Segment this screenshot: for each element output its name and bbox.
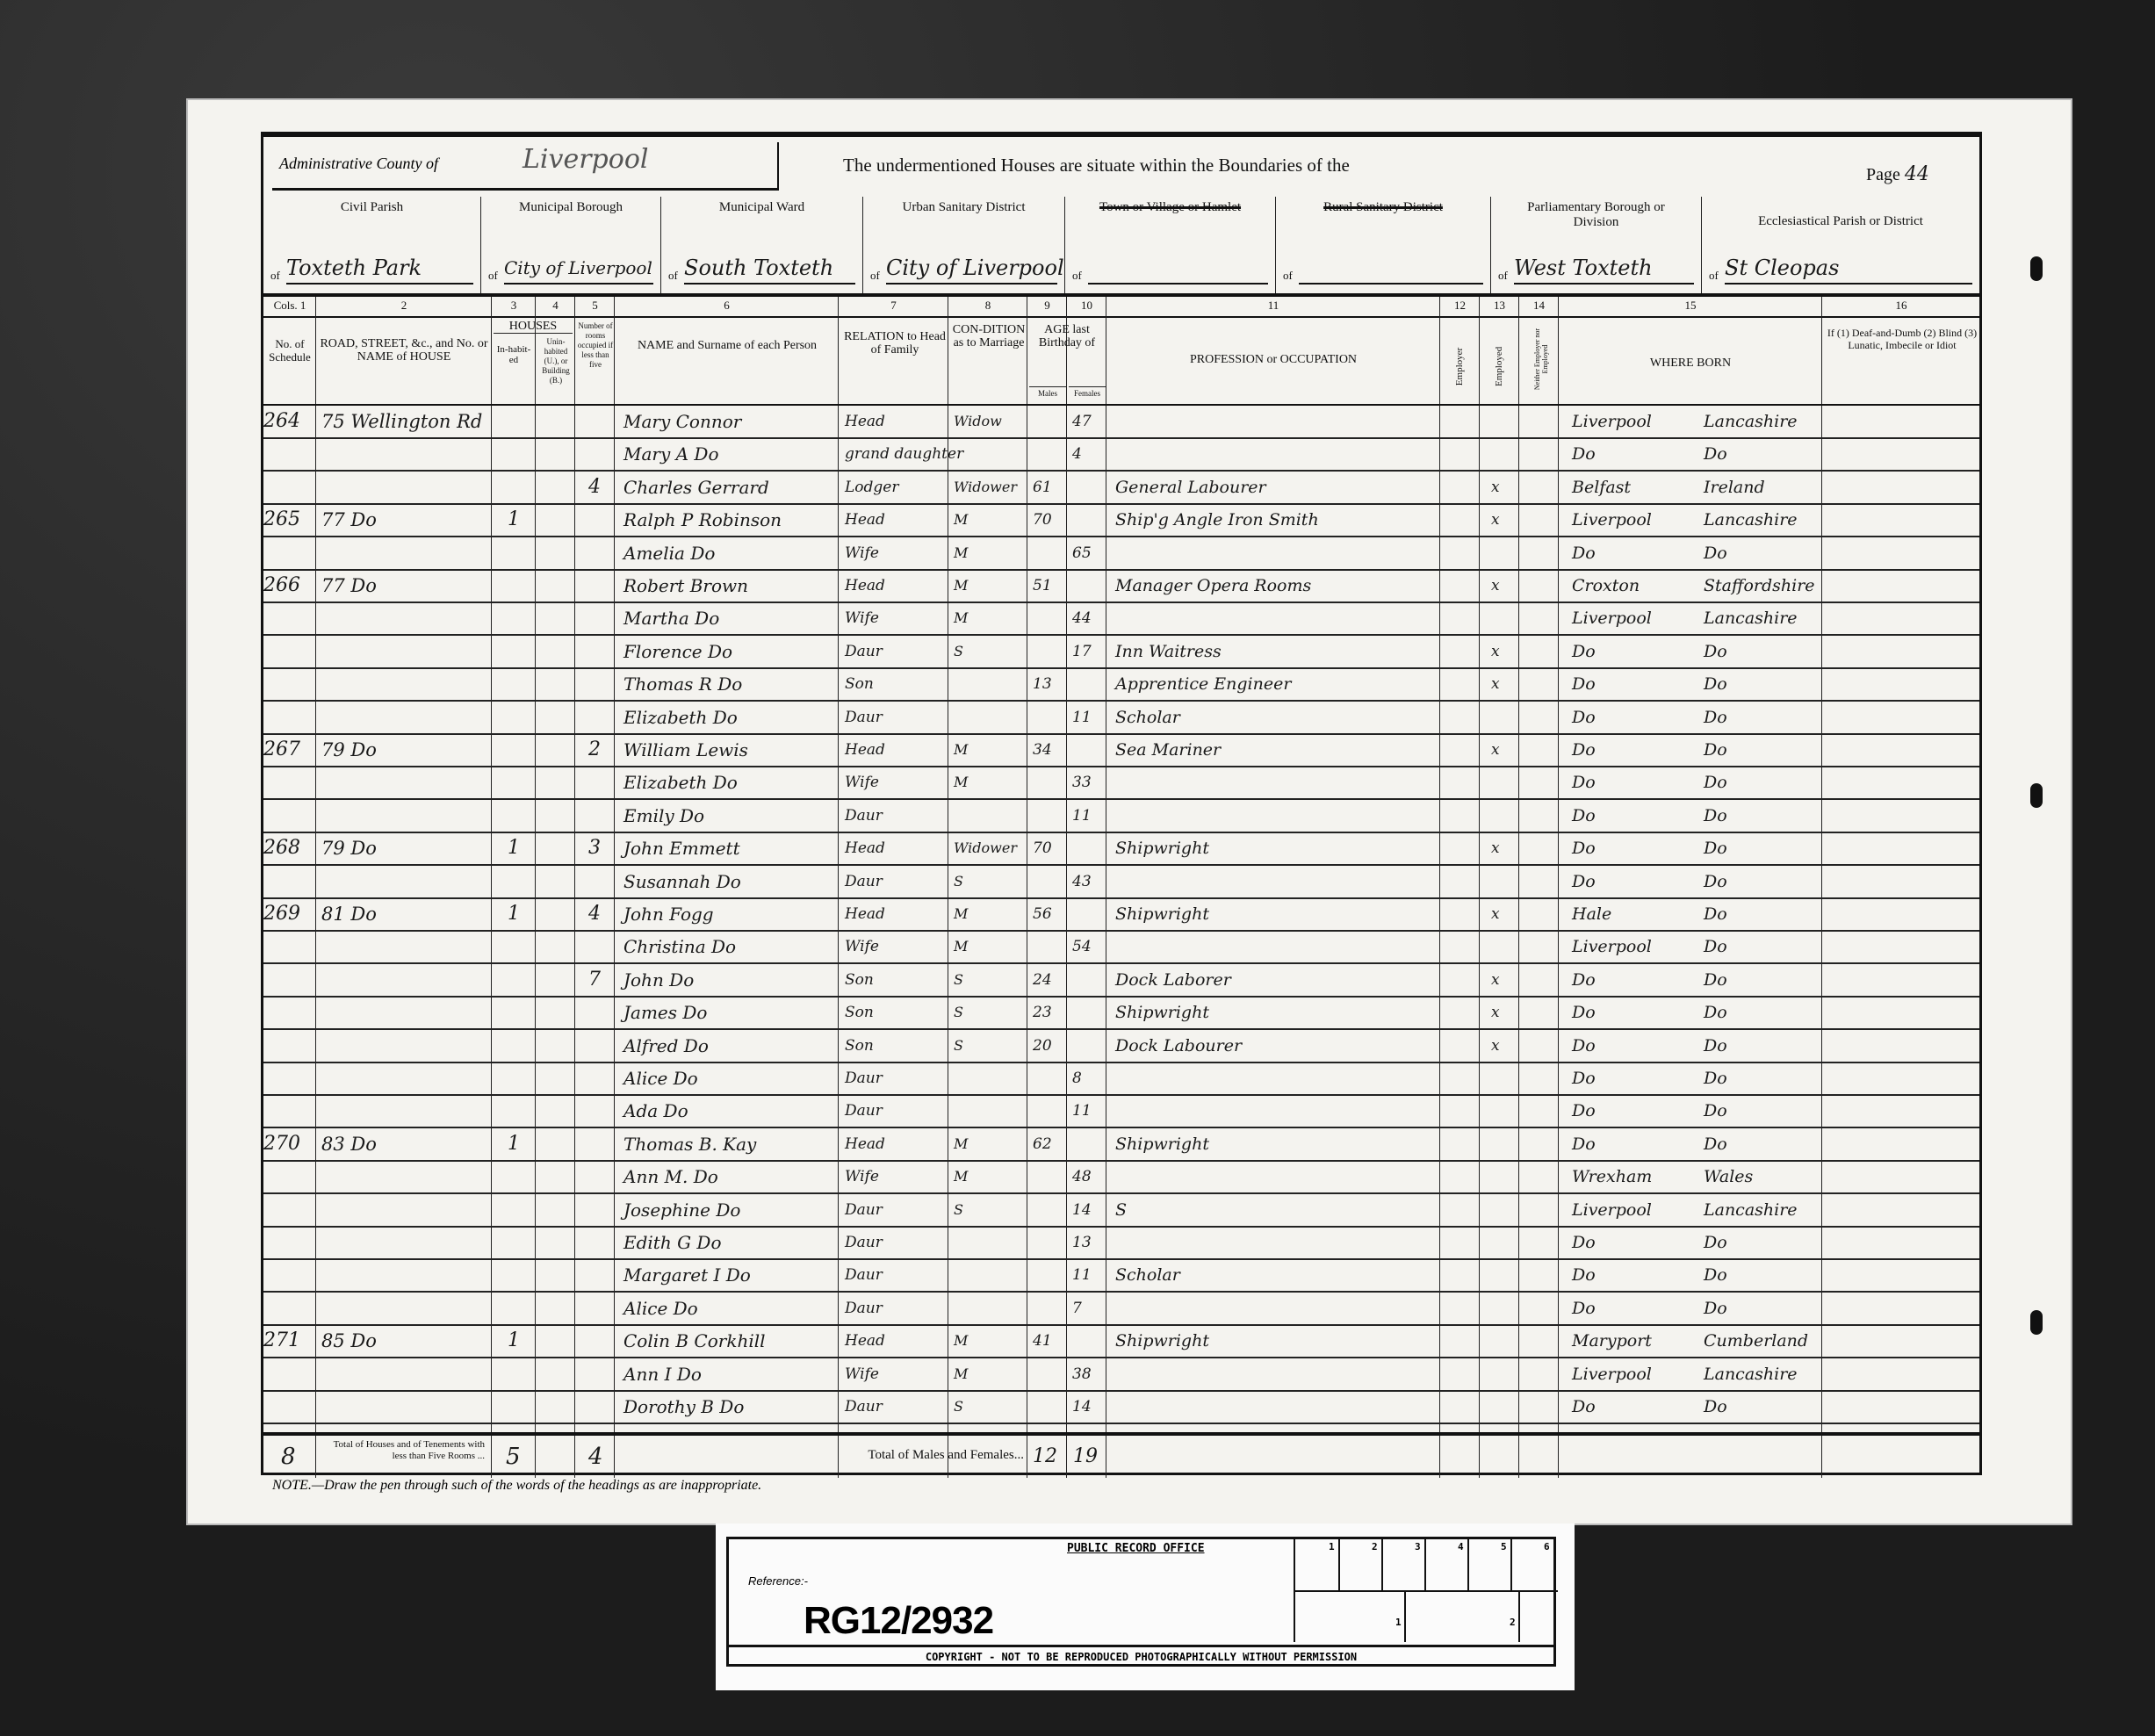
- cell-occupation: Shipwright: [1115, 1130, 1440, 1158]
- cell-occupation: [1115, 539, 1440, 567]
- cell-rooms: [588, 1196, 615, 1224]
- cell-born-place: Croxton: [1572, 572, 1704, 600]
- table-row: Martha DoWifeM44LiverpoolLancashire: [263, 602, 1979, 636]
- table-row: Florence DoDaurS17Inn WaitressxDoDo: [263, 636, 1979, 669]
- cm-tick-label: 5: [1501, 1541, 1507, 1552]
- cell-address: 79 Do: [321, 736, 488, 764]
- cell-born-county: Lancashire: [1704, 604, 1818, 632]
- cell-born-place: Wrexham: [1572, 1163, 1704, 1191]
- cell-employed: x: [1491, 966, 1517, 994]
- heading-road: ROAD, STREET, &c., and No. or NAME of HO…: [318, 337, 490, 364]
- cell-relation: Daur: [845, 703, 948, 731]
- cell-rooms: 7: [588, 966, 615, 994]
- cell-employed: x: [1491, 900, 1517, 928]
- cell-relation: Daur: [845, 1196, 948, 1224]
- cell-employed: x: [1491, 473, 1517, 501]
- district-label: Ecclesiastical Parish or District: [1702, 214, 1979, 229]
- cell-relation: Daur: [845, 802, 948, 830]
- cell-schedule: [263, 703, 313, 731]
- cell-schedule: [263, 1097, 313, 1125]
- cm-tick-label: 1: [1329, 1541, 1335, 1552]
- cell-condition: [954, 1064, 1027, 1092]
- district-ecclesiastical: Ecclesiastical Parish or District of St …: [1702, 197, 1979, 293]
- table-row: Mary A Dogrand daughter4DoDo: [263, 438, 1979, 472]
- cell-male-age: [1033, 407, 1068, 436]
- cell-female-age: 65: [1072, 539, 1107, 567]
- cell-born-county: Do: [1704, 966, 1818, 994]
- table-row: 26879 Do13John EmmettHeadWidower70Shipwr…: [263, 832, 1979, 866]
- admin-county-label: Administrative County of: [279, 155, 438, 173]
- cell-born-county: Do: [1704, 1032, 1818, 1060]
- of-label: of: [270, 269, 280, 283]
- cell-relation: Wife: [845, 539, 948, 567]
- binding-hole: [2030, 256, 2043, 281]
- cell-male-age: 34: [1033, 736, 1068, 764]
- district-town-village: Town or Village or Hamlet of: [1065, 197, 1276, 293]
- inch-tick-label: 1: [1395, 1617, 1402, 1628]
- cell-male-age: 24: [1033, 966, 1068, 994]
- of-label: of: [870, 269, 880, 283]
- totals-row: 8 Total of Houses and of Tenements with …: [263, 1432, 1979, 1481]
- cell-name: Ada Do: [623, 1097, 839, 1125]
- cell-born-county: Do: [1704, 637, 1818, 666]
- cell-born-county: Do: [1704, 1228, 1818, 1257]
- cell-inhabited: [508, 604, 534, 632]
- cell-male-age: [1033, 1261, 1068, 1289]
- cell-address: [321, 1228, 488, 1257]
- cell-occupation: [1115, 802, 1440, 830]
- cell-address: 85 Do: [321, 1327, 488, 1355]
- cell-born-county: Lancashire: [1704, 1196, 1818, 1224]
- cell-address: [321, 998, 488, 1026]
- cell-born-county: Do: [1704, 868, 1818, 896]
- admin-county-value: Liverpool: [523, 144, 648, 175]
- cell-rooms: [588, 539, 615, 567]
- district-label: Parliamentary Borough or Division: [1491, 200, 1701, 230]
- cell-occupation: Manager Opera Rooms: [1115, 572, 1440, 600]
- cell-born-county: Cumberland: [1704, 1327, 1818, 1355]
- cell-schedule: [263, 868, 313, 896]
- cell-name: Josephine Do: [623, 1196, 839, 1224]
- of-label: of: [1072, 269, 1082, 283]
- of-label: of: [1709, 269, 1719, 283]
- cell-address: 81 Do: [321, 900, 488, 928]
- table-row: Dorothy B DoDaurS14DoDo: [263, 1391, 1979, 1424]
- heading-inhabited: In-habit-ed: [494, 344, 534, 365]
- cell-inhabited: 1: [508, 1130, 534, 1158]
- district-label: Civil Parish: [263, 200, 480, 215]
- cell-rooms: [588, 802, 615, 830]
- cell-condition: M: [954, 1163, 1027, 1191]
- cell-born-place: Do: [1572, 1294, 1704, 1322]
- cell-born-place: Do: [1572, 703, 1704, 731]
- cell-schedule: 268: [263, 834, 313, 862]
- cell-born-place: Liverpool: [1572, 1196, 1704, 1224]
- cell-female-age: [1072, 1327, 1107, 1355]
- cell-address: 77 Do: [321, 506, 488, 534]
- cell-born-place: Do: [1572, 670, 1704, 698]
- cell-name: Ann M. Do: [623, 1163, 839, 1191]
- cell-male-age: 41: [1033, 1327, 1068, 1355]
- cell-inhabited: [508, 473, 534, 501]
- cell-male-age: [1033, 768, 1068, 796]
- cell-male-age: [1033, 1393, 1068, 1421]
- cell-employed: [1491, 868, 1517, 896]
- cm-scale: 1 2 3 4 5 6: [1295, 1539, 1558, 1592]
- heading-employer: Employer: [1453, 347, 1467, 386]
- cell-schedule: [263, 768, 313, 796]
- cell-inhabited: [508, 637, 534, 666]
- cell-rooms: [588, 1130, 615, 1158]
- cell-occupation: [1115, 1228, 1440, 1257]
- table-row: 27185 Do1Colin B CorkhillHeadM41Shipwrig…: [263, 1325, 1979, 1358]
- cell-employed: x: [1491, 834, 1517, 862]
- district-value: St Cleopas: [1725, 253, 1972, 285]
- cell-employed: [1491, 933, 1517, 961]
- pro-box: PUBLIC RECORD OFFICE Reference:- RG12/29…: [726, 1537, 1556, 1667]
- cell-inhabited: [508, 407, 534, 436]
- table-row: Ada DoDaur11DoDo: [263, 1095, 1979, 1128]
- cell-condition: [954, 1261, 1027, 1289]
- cell-male-age: [1033, 1294, 1068, 1322]
- table-row: Amelia DoWifeM65DoDo: [263, 537, 1979, 571]
- cell-schedule: [263, 604, 313, 632]
- cell-schedule: 271: [263, 1327, 313, 1355]
- cell-occupation: [1115, 1360, 1440, 1388]
- cell-occupation: [1115, 440, 1440, 468]
- cell-born-place: Belfast: [1572, 473, 1704, 501]
- cell-male-age: 61: [1033, 473, 1068, 501]
- table-row: Ann M. DoWifeM48WrexhamWales: [263, 1161, 1979, 1194]
- cell-condition: M: [954, 1327, 1027, 1355]
- cell-condition: [954, 703, 1027, 731]
- total-schedules: 8: [281, 1443, 296, 1471]
- boundaries-heading: The undermentioned Houses are situate wi…: [843, 155, 1350, 176]
- cell-name: Charles Gerrard: [623, 473, 839, 501]
- cell-name: Amelia Do: [623, 539, 839, 567]
- cell-name: Elizabeth Do: [623, 768, 839, 796]
- cell-employed: [1491, 1097, 1517, 1125]
- cell-relation: Head: [845, 834, 948, 862]
- cell-condition: M: [954, 736, 1027, 764]
- cell-relation: Daur: [845, 1064, 948, 1092]
- of-label: of: [1283, 269, 1293, 283]
- table-row: Thomas R DoSon13Apprentice EngineerxDoDo: [263, 668, 1979, 702]
- cell-address: [321, 933, 488, 961]
- cell-relation: Head: [845, 572, 948, 600]
- cell-born-county: Do: [1704, 670, 1818, 698]
- cell-born-place: Do: [1572, 539, 1704, 567]
- cell-born-place: Do: [1572, 1064, 1704, 1092]
- cell-address: [321, 637, 488, 666]
- district-urban-sanitary: Urban Sanitary District of City of Liver…: [863, 197, 1065, 293]
- cell-born-county: Lancashire: [1704, 506, 1818, 534]
- cell-rooms: [588, 1360, 615, 1388]
- table-row: 26677 DoRobert BrownHeadM51Manager Opera…: [263, 570, 1979, 603]
- cell-relation: Daur: [845, 1393, 948, 1421]
- cell-rooms: [588, 933, 615, 961]
- cell-born-place: Do: [1572, 1032, 1704, 1060]
- cell-inhabited: [508, 1196, 534, 1224]
- cell-female-age: 11: [1072, 703, 1107, 731]
- district-value: City of Liverpool: [504, 253, 653, 285]
- cell-occupation: Inn Waitress: [1115, 637, 1440, 666]
- cell-inhabited: [508, 1163, 534, 1191]
- cell-schedule: [263, 539, 313, 567]
- cell-male-age: [1033, 1163, 1068, 1191]
- cell-inhabited: [508, 1294, 534, 1322]
- cell-male-age: [1033, 1064, 1068, 1092]
- cell-name: Thomas B. Kay: [623, 1130, 839, 1158]
- cell-female-age: 14: [1072, 1393, 1107, 1421]
- cell-employed: [1491, 604, 1517, 632]
- cell-occupation: Sea Mariner: [1115, 736, 1440, 764]
- cell-employed: x: [1491, 637, 1517, 666]
- cell-born-county: Lancashire: [1704, 1360, 1818, 1388]
- cell-name: Ralph P Robinson: [623, 506, 839, 534]
- district-label: Municipal Ward: [661, 200, 862, 215]
- cell-inhabited: [508, 1032, 534, 1060]
- cell-male-age: 56: [1033, 900, 1068, 928]
- table-row: Emily DoDaur11DoDo: [263, 800, 1979, 833]
- cell-male-age: [1033, 1097, 1068, 1125]
- table-row: Susannah DoDaurS43DoDo: [263, 866, 1979, 899]
- cell-occupation: [1115, 768, 1440, 796]
- cell-born-place: Do: [1572, 1097, 1704, 1125]
- cell-female-age: [1072, 900, 1107, 928]
- cell-schedule: [263, 670, 313, 698]
- cell-address: [321, 1097, 488, 1125]
- cell-occupation: [1115, 604, 1440, 632]
- cell-born-county: Do: [1704, 1393, 1818, 1421]
- cell-born-county: Do: [1704, 768, 1818, 796]
- cell-born-county: Do: [1704, 440, 1818, 468]
- cell-schedule: 267: [263, 736, 313, 764]
- cell-employed: [1491, 539, 1517, 567]
- cell-rooms: 2: [588, 736, 615, 764]
- heading-relation: RELATION to Head of Family: [843, 330, 947, 357]
- cell-name: Ann I Do: [623, 1360, 839, 1388]
- cell-inhabited: [508, 736, 534, 764]
- cell-female-age: [1072, 670, 1107, 698]
- table-row: 4Charles GerrardLodgerWidower61General L…: [263, 472, 1979, 505]
- district-value: South Toxteth: [684, 253, 855, 285]
- cell-condition: M: [954, 539, 1027, 567]
- heading-age: AGE last Birthday of: [1029, 323, 1105, 349]
- cell-schedule: [263, 1064, 313, 1092]
- cell-female-age: 7: [1072, 1294, 1107, 1322]
- cell-employed: [1491, 1196, 1517, 1224]
- heading-employed: Employed: [1493, 347, 1506, 386]
- cell-male-age: [1033, 703, 1068, 731]
- cell-employed: [1491, 1261, 1517, 1289]
- cell-name: Dorothy B Do: [623, 1393, 839, 1421]
- cell-relation: Son: [845, 966, 948, 994]
- cell-rooms: 4: [588, 900, 615, 928]
- cell-name: John Emmett: [623, 834, 839, 862]
- cell-born-county: Do: [1704, 539, 1818, 567]
- cell-rooms: [588, 1228, 615, 1257]
- cell-born-county: Do: [1704, 736, 1818, 764]
- table-row: 26981 Do14John FoggHeadM56ShipwrightxHal…: [263, 898, 1979, 932]
- cell-relation: Head: [845, 1130, 948, 1158]
- district-label: Municipal Borough: [481, 200, 660, 215]
- cell-occupation: Dock Laborer: [1115, 966, 1440, 994]
- cell-male-age: 20: [1033, 1032, 1068, 1060]
- cm-tick-label: 6: [1544, 1541, 1550, 1552]
- cell-born-county: Do: [1704, 998, 1818, 1026]
- cell-address: [321, 539, 488, 567]
- cell-female-age: [1072, 834, 1107, 862]
- pro-reference-label: PUBLIC RECORD OFFICE Reference:- RG12/29…: [716, 1524, 1575, 1690]
- cell-schedule: 269: [263, 900, 313, 928]
- table-row: Josephine DoDaurS14SLiverpoolLancashire: [263, 1194, 1979, 1228]
- cell-rooms: [588, 703, 615, 731]
- cell-employed: [1491, 407, 1517, 436]
- cell-address: [321, 1261, 488, 1289]
- cell-female-age: 47: [1072, 407, 1107, 436]
- cell-relation: Daur: [845, 1097, 948, 1125]
- total-houses-label: Total of Houses and of Tenements with le…: [320, 1439, 485, 1462]
- heading-schedule: No. of Schedule: [265, 337, 314, 364]
- cell-employed: [1491, 703, 1517, 731]
- cell-occupation: Apprentice Engineer: [1115, 670, 1440, 698]
- cell-inhabited: [508, 768, 534, 796]
- binding-hole: [2030, 1310, 2043, 1335]
- cell-occupation: Shipwright: [1115, 1327, 1440, 1355]
- page-number: Page 44: [1866, 163, 1929, 185]
- heading-neither: Neither Employer nor Employed: [1533, 320, 1549, 399]
- cell-relation: grand daughter: [845, 440, 948, 468]
- table-row: 26475 Wellington RdMary ConnorHeadWidow4…: [263, 406, 1979, 439]
- cell-born-place: Maryport: [1572, 1327, 1704, 1355]
- cell-occupation: General Labourer: [1115, 473, 1440, 501]
- census-form: Administrative County of Liverpool The u…: [261, 132, 1982, 1475]
- district-value: [1088, 253, 1268, 285]
- cell-born-county: Lancashire: [1704, 407, 1818, 436]
- cell-female-age: 11: [1072, 1261, 1107, 1289]
- cell-employed: [1491, 1360, 1517, 1388]
- cell-inhabited: [508, 868, 534, 896]
- cell-address: [321, 966, 488, 994]
- heading-occupation: PROFESSION or OCCUPATION: [1110, 353, 1437, 366]
- cell-male-age: [1033, 933, 1068, 961]
- inch-scale: 1 2: [1295, 1592, 1558, 1642]
- cell-condition: [954, 1097, 1027, 1125]
- cell-condition: M: [954, 1360, 1027, 1388]
- district-value: West Toxteth: [1514, 253, 1694, 285]
- district-value: [1299, 253, 1483, 285]
- inch-tick-label: 2: [1510, 1617, 1516, 1628]
- cell-name: Emily Do: [623, 802, 839, 830]
- table-row: Elizabeth DoDaur11ScholarDoDo: [263, 702, 1979, 735]
- cell-relation: Wife: [845, 604, 948, 632]
- cell-male-age: [1033, 440, 1068, 468]
- table-row: Christina DoWifeM54LiverpoolDo: [263, 931, 1979, 964]
- cell-female-age: [1072, 998, 1107, 1026]
- cell-inhabited: 1: [508, 900, 534, 928]
- cell-born-place: Do: [1572, 637, 1704, 666]
- cell-inhabited: [508, 539, 534, 567]
- cell-born-county: Do: [1704, 1294, 1818, 1322]
- cell-address: [321, 1032, 488, 1060]
- cell-born-place: Do: [1572, 868, 1704, 896]
- cell-address: [321, 604, 488, 632]
- cell-occupation: Dock Labourer: [1115, 1032, 1440, 1060]
- cell-occupation: S: [1115, 1196, 1440, 1224]
- cell-female-age: [1072, 473, 1107, 501]
- table-row: Alice DoDaur8DoDo: [263, 1062, 1979, 1096]
- cell-inhabited: [508, 1393, 534, 1421]
- cell-female-age: 33: [1072, 768, 1107, 796]
- table-row: Ann I DoWifeM38LiverpoolLancashire: [263, 1358, 1979, 1392]
- table-row: 7John DoSonS24Dock LaborerxDoDo: [263, 964, 1979, 998]
- cell-relation: Daur: [845, 868, 948, 896]
- cell-male-age: [1033, 1196, 1068, 1224]
- cm-tick-label: 2: [1372, 1541, 1378, 1552]
- cell-schedule: 265: [263, 506, 313, 534]
- cell-female-age: [1072, 506, 1107, 534]
- cell-address: 83 Do: [321, 1130, 488, 1158]
- cell-condition: M: [954, 933, 1027, 961]
- cell-male-age: [1033, 637, 1068, 666]
- cell-address: 75 Wellington Rd: [321, 407, 488, 436]
- cell-occupation: Shipwright: [1115, 900, 1440, 928]
- heading-males: Males: [1029, 386, 1066, 400]
- cell-address: 79 Do: [321, 834, 488, 862]
- cell-relation: Daur: [845, 1228, 948, 1257]
- cell-born-county: Do: [1704, 1261, 1818, 1289]
- cell-occupation: Shipwright: [1115, 998, 1440, 1026]
- cell-born-place: Do: [1572, 1261, 1704, 1289]
- cell-born-county: Do: [1704, 1097, 1818, 1125]
- cell-rooms: [588, 1393, 615, 1421]
- cell-schedule: 264: [263, 407, 313, 436]
- cell-schedule: 266: [263, 572, 313, 600]
- of-label: of: [668, 269, 678, 283]
- cell-male-age: 70: [1033, 506, 1068, 534]
- cell-occupation: [1115, 1097, 1440, 1125]
- cell-condition: [954, 1228, 1027, 1257]
- cell-female-age: 54: [1072, 933, 1107, 961]
- cell-born-place: Liverpool: [1572, 506, 1704, 534]
- cell-rooms: [588, 637, 615, 666]
- cell-relation: Head: [845, 506, 948, 534]
- cell-female-age: 8: [1072, 1064, 1107, 1092]
- cell-employed: [1491, 440, 1517, 468]
- cell-condition: [954, 670, 1027, 698]
- table-row: 27083 Do1Thomas B. KayHeadM62ShipwrightD…: [263, 1128, 1979, 1162]
- cell-rooms: [588, 440, 615, 468]
- cell-condition: M: [954, 506, 1027, 534]
- cell-inhabited: [508, 703, 534, 731]
- cell-address: [321, 473, 488, 501]
- cell-rooms: [588, 1327, 615, 1355]
- cell-male-age: [1033, 1360, 1068, 1388]
- cell-born-place: Do: [1572, 768, 1704, 796]
- cell-name: Alice Do: [623, 1064, 839, 1092]
- cell-relation: Son: [845, 670, 948, 698]
- cell-employed: [1491, 1228, 1517, 1257]
- reference-label: Reference:-: [748, 1574, 808, 1588]
- cell-female-age: [1072, 966, 1107, 994]
- cell-schedule: [263, 1261, 313, 1289]
- cell-address: [321, 1196, 488, 1224]
- cell-inhabited: [508, 670, 534, 698]
- cell-inhabited: [508, 998, 534, 1026]
- scale-ruler: 1 2 3 4 5 6 1 2: [1294, 1539, 1558, 1642]
- cell-male-age: 23: [1033, 998, 1068, 1026]
